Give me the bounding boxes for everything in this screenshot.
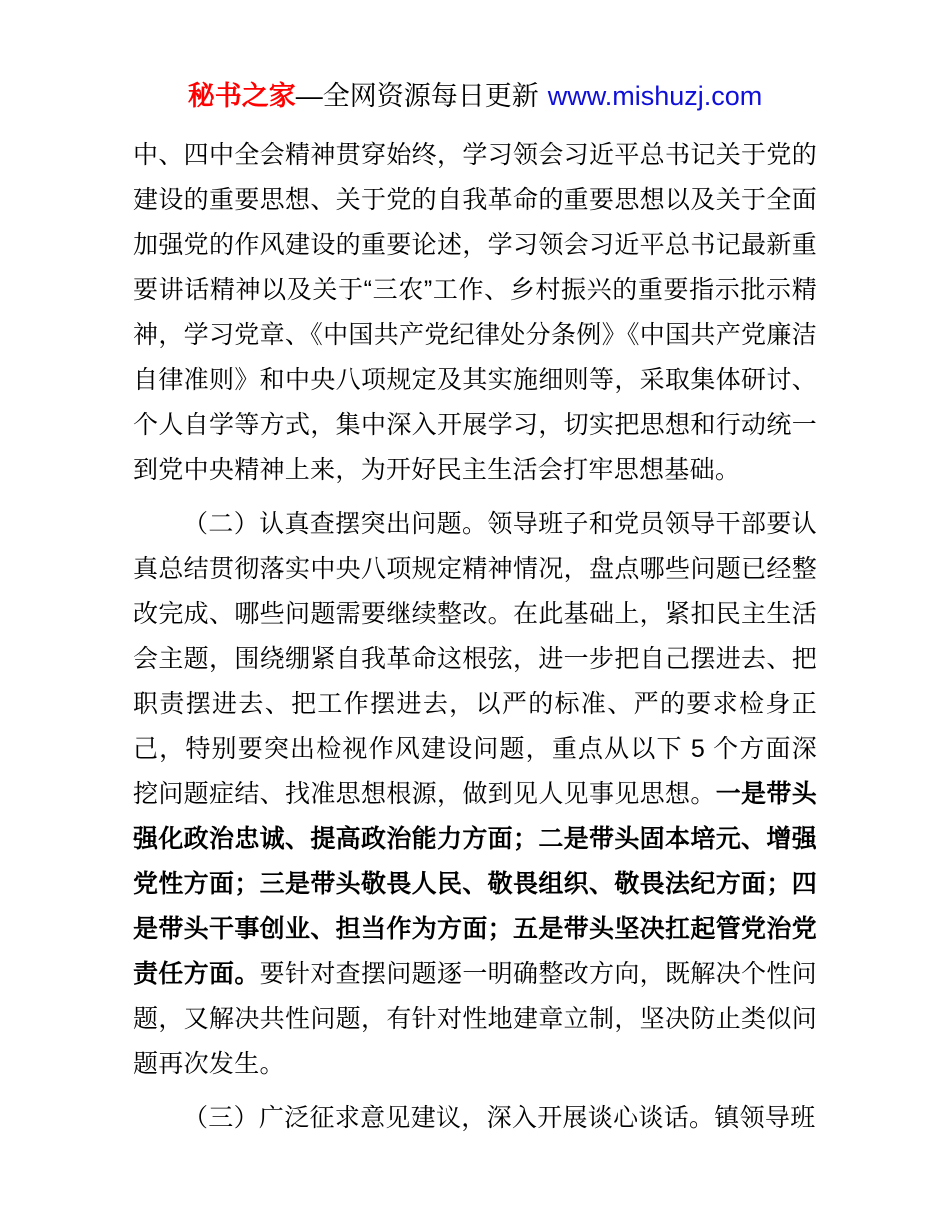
paragraph-2: （二）认真查摆突出问题。领导班子和党员领导干部要认真总结贯彻落实中央八项规定精神… bbox=[133, 502, 817, 1087]
document-header: 秘书之家—全网资源每日更新www.mishuzj.com bbox=[0, 0, 950, 112]
paragraph-2-text-lead: （二）认真查摆突出问题。领导班子和党员领导干部要认真总结贯彻落实中央八项规定精神… bbox=[133, 510, 817, 808]
paragraph-3: （三）广泛征求意见建议，深入开展谈心谈话。镇领导班 bbox=[133, 1096, 817, 1141]
paragraph-3-text: （三）广泛征求意见建议，深入开展谈心谈话。镇领导班 bbox=[183, 1104, 816, 1132]
paragraph-1: 中、四中全会精神贯穿始终，学习领会习近平总书记关于党的建设的重要思想、关于党的自… bbox=[133, 133, 817, 493]
document-body: 中、四中全会精神贯穿始终，学习领会习近平总书记关于党的建设的重要思想、关于党的自… bbox=[133, 133, 817, 1141]
paragraph-2-bold-emphasis: 一是带头强化政治忠诚、提高政治能力方面；二是带头固本培元、增强党性方面；三是带头… bbox=[133, 780, 817, 988]
document-page: 秘书之家—全网资源每日更新www.mishuzj.com 中、四中全会精神贯穿始… bbox=[0, 0, 950, 1230]
site-tagline: —全网资源每日更新 bbox=[296, 81, 539, 111]
site-url-link[interactable]: www.mishuzj.com bbox=[548, 81, 763, 111]
paragraph-1-text: 中、四中全会精神贯穿始终，学习领会习近平总书记关于党的建设的重要思想、关于党的自… bbox=[133, 141, 817, 484]
site-name: 秘书之家 bbox=[188, 81, 296, 111]
